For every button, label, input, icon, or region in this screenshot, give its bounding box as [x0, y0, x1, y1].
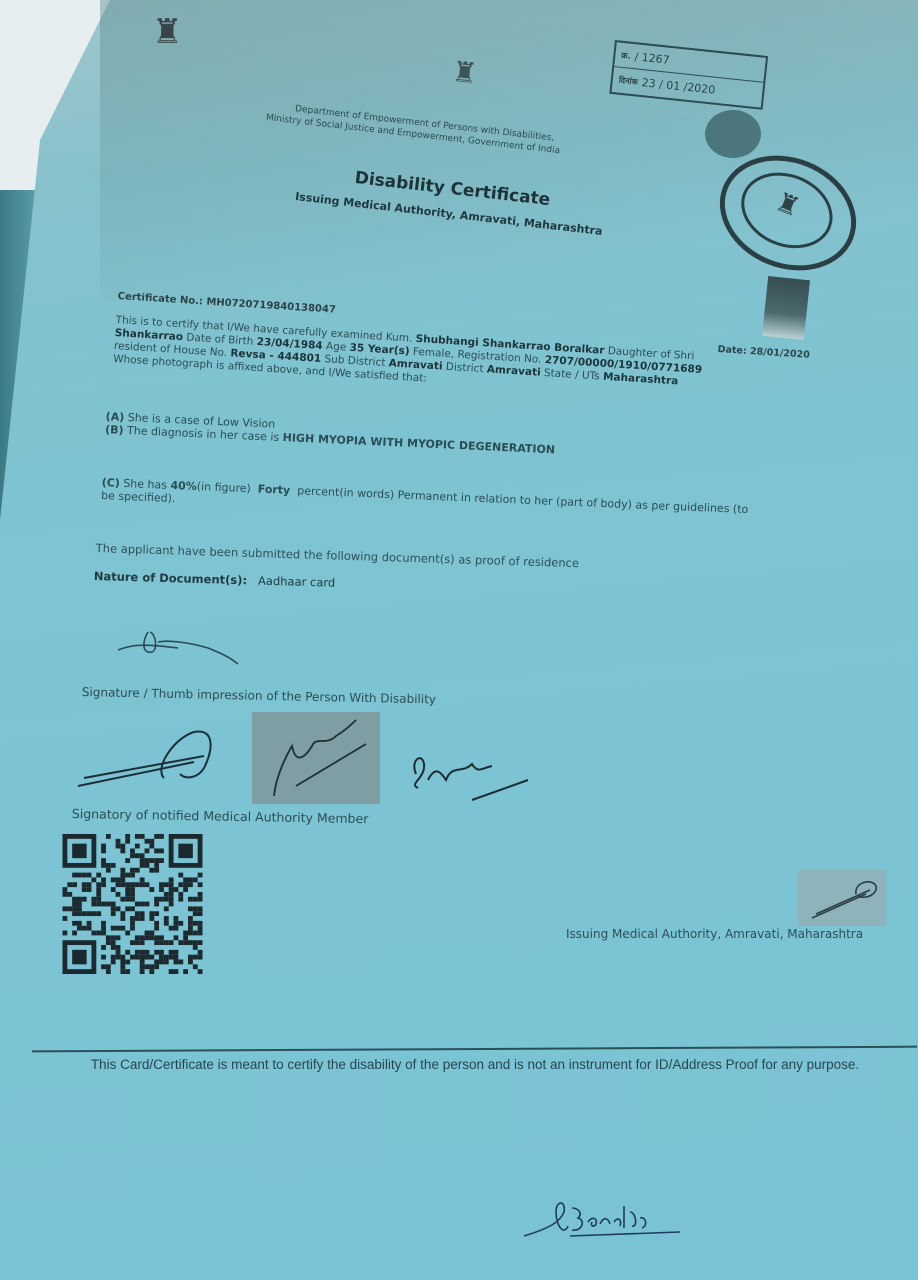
item-b-label: (B)	[105, 423, 124, 437]
bottom-signature	[520, 1192, 690, 1248]
stamp-number-label: क्र.	[621, 49, 631, 61]
stamp-number-value: / 1267	[634, 50, 670, 67]
stamp-date-label: दिनांक	[618, 74, 638, 87]
member-signature-3	[402, 744, 532, 804]
item-c-label: (C)	[101, 476, 120, 490]
authority-signature	[806, 874, 882, 924]
issuing-authority-footer: Issuing Medical Authority, Amravati, Mah…	[566, 927, 863, 941]
nature-value: Aadhaar card	[258, 574, 336, 590]
disability-percent-words: Forty	[258, 483, 291, 497]
national-emblem-icon: ♜	[450, 55, 478, 90]
ink-smudge	[705, 110, 761, 158]
disclaimer-text: This Card/Certificate is meant to certif…	[60, 1055, 890, 1074]
national-emblem-icon: ♜	[152, 12, 182, 52]
applicant-photo	[762, 276, 810, 340]
disability-percent: 40%	[170, 479, 197, 493]
district-value: Amravati	[486, 363, 541, 378]
person-signature	[108, 612, 248, 672]
age-label: Age	[326, 340, 347, 353]
stamp-date-value: 23 / 01 /2020	[641, 76, 716, 97]
member-signature-1	[74, 728, 224, 792]
item-a-label: (A)	[105, 410, 124, 424]
date-label: Date:	[717, 344, 747, 357]
member-signature-2	[256, 716, 376, 804]
state-label: State / UTs	[544, 367, 600, 382]
district-label: District	[445, 361, 483, 375]
in-figure-text: (in figure)	[197, 480, 252, 495]
qr-code-icon	[60, 834, 205, 974]
